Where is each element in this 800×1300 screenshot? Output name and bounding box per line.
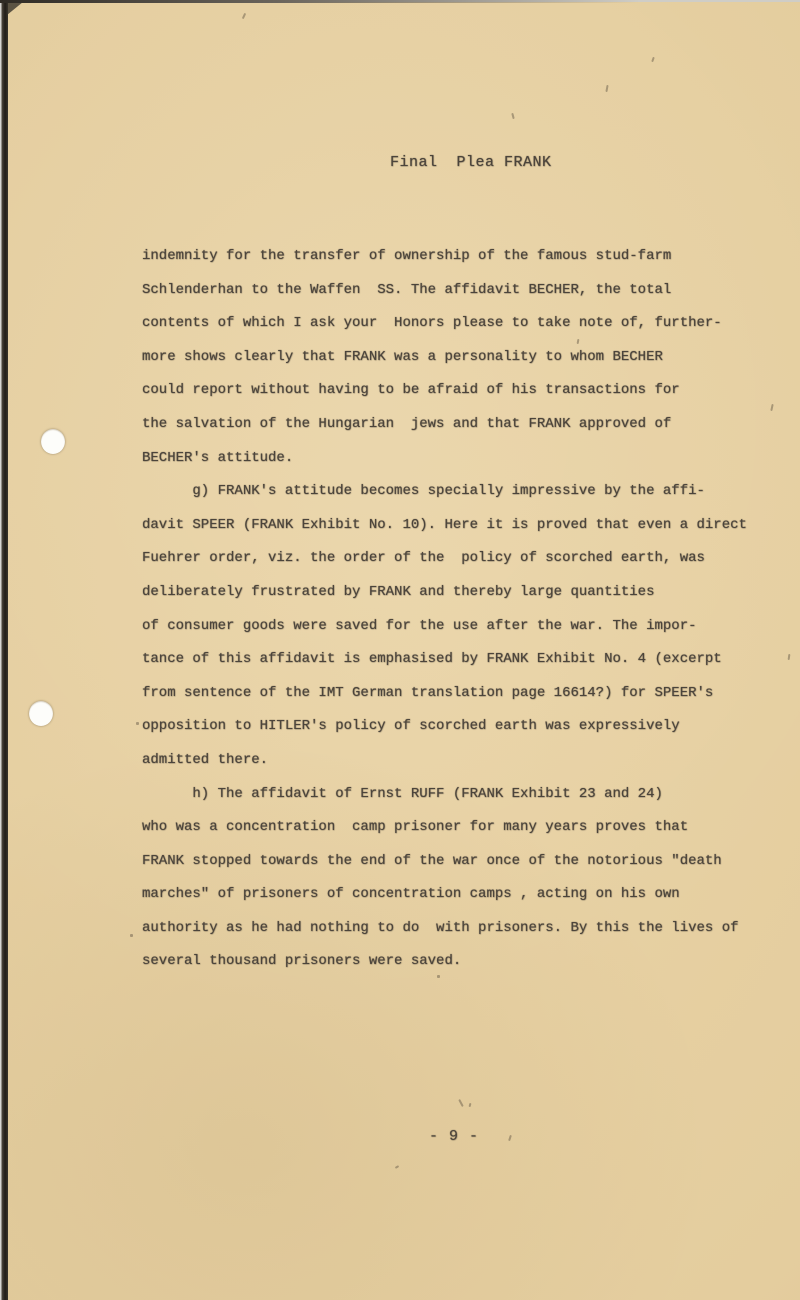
- typed-line: authority as he had nothing to do with p…: [142, 912, 792, 946]
- typed-line: g) FRANK's attitude becomes specially im…: [142, 475, 792, 509]
- typed-line: from sentence of the IMT German translat…: [142, 677, 792, 711]
- scan-speck: [469, 1103, 472, 1107]
- typed-line: admitted there.: [142, 744, 792, 778]
- typed-line: deliberately frustrated by FRANK and the…: [142, 576, 792, 610]
- scan-speck: [605, 85, 608, 92]
- hole-punch: [29, 701, 53, 726]
- typed-line: FRANK stopped towards the end of the war…: [142, 845, 792, 879]
- typed-line: the salvation of the Hungarian jews and …: [142, 408, 792, 442]
- scan-speck: [651, 57, 655, 62]
- scan-speck: [136, 722, 139, 725]
- typed-line: could report without having to be afraid…: [142, 374, 792, 408]
- scan-speck: [511, 113, 514, 119]
- typed-line: Schlenderhan to the Waffen SS. The affid…: [142, 274, 792, 308]
- typed-line: of consumer goods were saved for the use…: [142, 610, 792, 644]
- scan-speck: [458, 1099, 464, 1107]
- hole-punch: [41, 429, 65, 454]
- scan-speck: [508, 1135, 512, 1141]
- scan-edge-top: [0, 0, 800, 3]
- typed-line: indemnity for the transfer of ownership …: [142, 240, 792, 274]
- scan-speck: [130, 934, 133, 937]
- document-page: Final Plea FRANK indemnity for the trans…: [7, 2, 800, 1300]
- page-number: - 9 -: [429, 1128, 479, 1145]
- document-title: Final Plea FRANK: [390, 154, 552, 171]
- typed-line: who was a concentration camp prisoner fo…: [142, 811, 792, 845]
- scan-speck: [437, 975, 440, 978]
- page-corner-cut: [7, 2, 23, 15]
- document-body: indemnity for the transfer of ownership …: [142, 240, 792, 979]
- typed-line: marches" of prisoners of concentration c…: [142, 878, 792, 912]
- scan-speck: [395, 1165, 399, 1169]
- typed-line: tance of this affidavit is emphasised by…: [142, 643, 792, 677]
- scan-speck: [242, 13, 246, 19]
- scan-edge-left: [0, 0, 8, 1300]
- typed-line: BECHER's attitude.: [142, 442, 792, 476]
- typed-line: opposition to HITLER's policy of scorche…: [142, 710, 792, 744]
- typed-line: h) The affidavit of Ernst RUFF (FRANK Ex…: [142, 778, 792, 812]
- typed-line: more shows clearly that FRANK was a pers…: [142, 341, 792, 375]
- typed-line: contents of which I ask your Honors plea…: [142, 307, 792, 341]
- typed-line: several thousand prisoners were saved.: [142, 945, 792, 979]
- typed-line: davit SPEER (FRANK Exhibit No. 10). Here…: [142, 509, 792, 543]
- typed-line: Fuehrer order, viz. the order of the pol…: [142, 542, 792, 576]
